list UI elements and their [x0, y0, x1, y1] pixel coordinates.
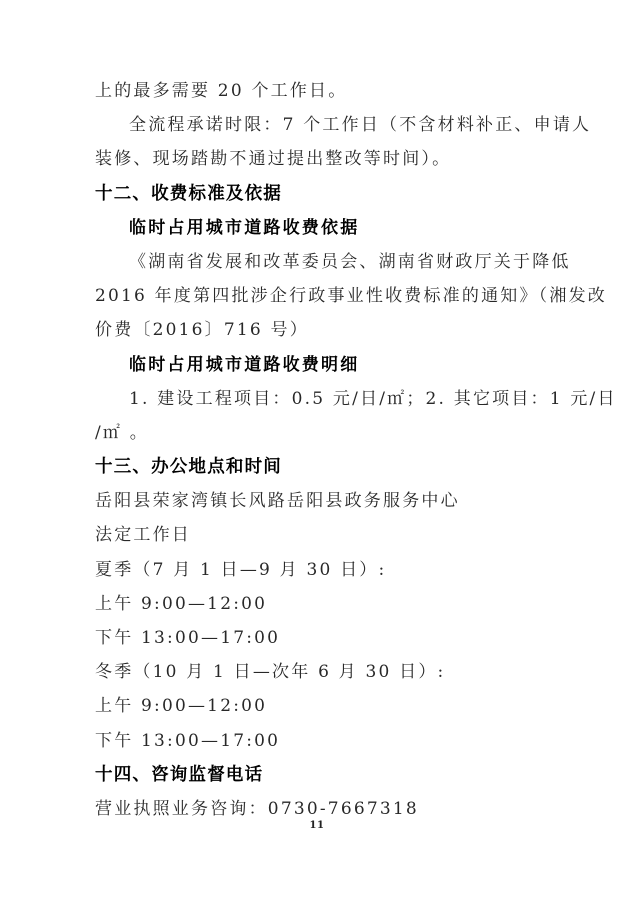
paragraph-line: 装修、现场踏勘不通过提出整改等时间）。	[95, 142, 539, 176]
paragraph-line: 全流程承诺时限：7 个工作日（不含材料补正、申请人	[95, 108, 539, 142]
document-page: 上的最多需要 20 个工作日。 全流程承诺时限：7 个工作日（不含材料补正、申请…	[0, 0, 634, 898]
section-heading: 十四、咨询监督电话	[95, 758, 539, 792]
sub-heading: 临时占用城市道路收费依据	[95, 211, 539, 245]
sub-heading: 临时占用城市道路收费明细	[95, 348, 539, 382]
paragraph-line: /㎡ 。	[95, 416, 539, 450]
paragraph-line: 价费〔2016〕716 号）	[95, 313, 539, 347]
paragraph-line: 上午 9:00—12:00	[95, 587, 539, 621]
section-heading: 十三、办公地点和时间	[95, 450, 539, 484]
paragraph-line: 上的最多需要 20 个工作日。	[95, 74, 539, 108]
page-number: 11	[0, 820, 634, 831]
paragraph-line: 下午 13:00—17:00	[95, 621, 539, 655]
paragraph-line: 《湖南省发展和改革委员会、湖南省财政厅关于降低	[95, 245, 539, 279]
section-heading: 十二、收费标准及依据	[95, 177, 539, 211]
paragraph-line: 1. 建设工程项目：0.5 元/日/㎡；2. 其它项目：1 元/日	[95, 382, 539, 416]
paragraph-line: 法定工作日	[95, 518, 539, 552]
paragraph-line: 岳阳县荣家湾镇长风路岳阳县政务服务中心	[95, 484, 539, 518]
paragraph-line: 2016 年度第四批涉企行政事业性收费标准的通知》（湘发改	[95, 279, 539, 313]
paragraph-line: 下午 13:00—17:00	[95, 724, 539, 758]
paragraph-line: 上午 9:00—12:00	[95, 689, 539, 723]
paragraph-line: 冬季（10 月 1 日—次年 6 月 30 日）:	[95, 655, 539, 689]
paragraph-line: 夏季（7 月 1 日—9 月 30 日）:	[95, 553, 539, 587]
document-body: 上的最多需要 20 个工作日。 全流程承诺时限：7 个工作日（不含材料补正、申请…	[95, 74, 539, 826]
